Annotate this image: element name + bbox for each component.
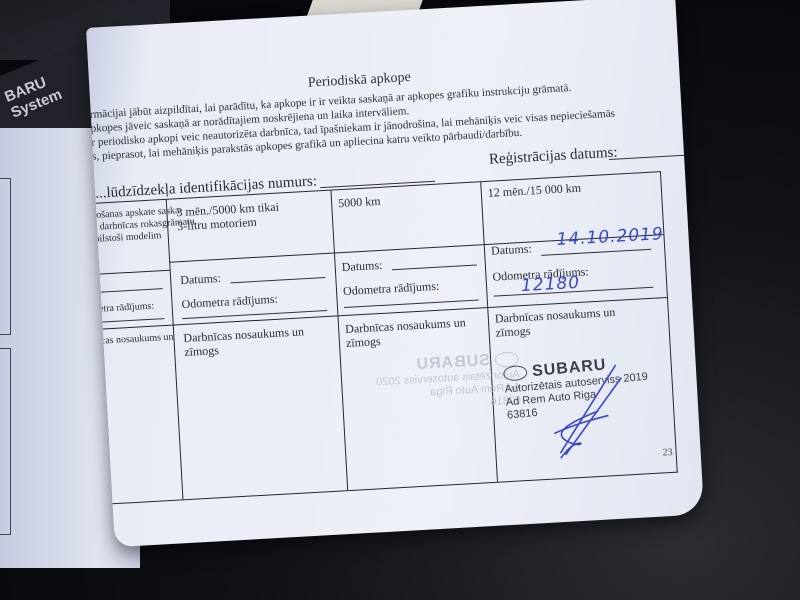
page-number: 23 — [662, 447, 673, 459]
col3-workshop-label: Darbnīcas nosaukums un zīmogs — [345, 315, 467, 350]
service-table: pārdošanas apskate saska- nī ar darbnīca… — [86, 171, 678, 505]
col3-date-label: Datums: — [341, 258, 382, 274]
registration-date-label: Reģistrācijas datums: — [489, 145, 618, 169]
col3-date-field[interactable] — [392, 265, 477, 271]
col2-odometer-label: Odometra rādījums: — [181, 292, 278, 311]
service-booklet-page: Periodiskā apkope ārmācijai jābūt aizpil… — [86, 0, 704, 547]
col2-header: 3 mēn./5000 km tikai 3-litru motoriem — [176, 200, 280, 234]
col2-workshop-label: Darbnīcas nosaukums un zīmogs — [183, 324, 305, 359]
col4-workshop-label: Darbnīcas nosaukums un zīmogs — [494, 305, 616, 340]
col1-odometer-field[interactable] — [92, 318, 164, 323]
col3-odometer-label: Odometra rādījums: — [343, 279, 440, 298]
col2-date-field[interactable] — [230, 277, 325, 283]
column-divider — [166, 200, 184, 500]
col4-date-label: Datums: — [491, 241, 532, 257]
signature-icon — [535, 359, 630, 464]
col3-odometer-field[interactable] — [344, 299, 479, 308]
col4-header: 12 mēn./15 000 km — [487, 181, 581, 200]
col3-header: 5000 km — [338, 194, 381, 210]
left-page-box-2 — [0, 348, 11, 535]
col4-odometer-value: 12180 — [521, 273, 581, 296]
col2-date-label: Datums: — [180, 271, 221, 287]
ghost-stamp-showthrough: SUBARU Autorizētais autoserviss 2020 Ad … — [375, 350, 522, 415]
col4-date-value: 14.10.2019 — [556, 224, 664, 250]
left-page-box-1 — [0, 178, 11, 335]
subaru-logo-icon — [503, 365, 528, 382]
col1-date-field[interactable] — [91, 288, 163, 293]
